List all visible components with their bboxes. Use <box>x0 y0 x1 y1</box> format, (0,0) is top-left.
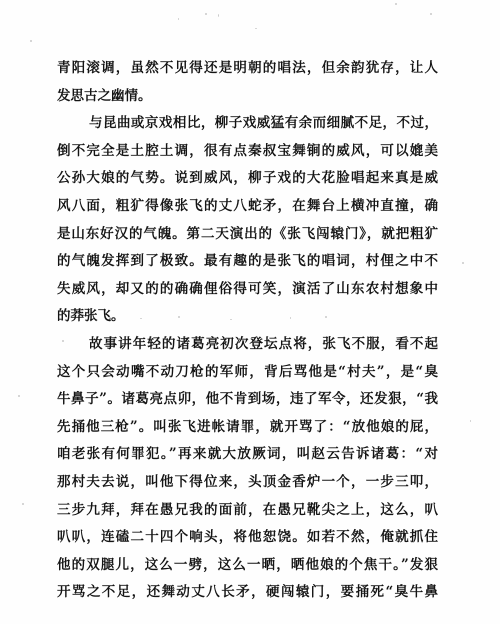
text-line: 与昆曲或京戏相比，柳子戏威猛有余而细腻不足，不过， <box>57 110 438 138</box>
scan-speck <box>178 18 179 20</box>
scan-speck <box>205 13 207 15</box>
scanned-page: 青阳滚调，虽然不见得还是明朝的唱法，但余韵犹存，让人 发思古之幽情。 与昆曲或京… <box>0 0 500 624</box>
scan-speck <box>18 395 20 397</box>
scan-speck <box>218 14 219 17</box>
body-text: 青阳滚调，虽然不见得还是明朝的唱法，但余韵犹存，让人 发思古之幽情。 与昆曲或京… <box>57 55 438 607</box>
text-line: 的气魄发挥到了极致。最有趣的是张飞的唱词，村俚之中不 <box>57 248 438 276</box>
text-line: 风八面，粗犷得像张飞的丈八蛇矛，在舞台上横冲直撞，确 <box>57 193 438 221</box>
paragraph: 青阳滚调，虽然不见得还是明朝的唱法，但余韵犹存，让人 发思古之幽情。 <box>57 55 438 110</box>
paragraph: 与昆曲或京戏相比，柳子戏威猛有余而细腻不足，不过， 倒不完全是土腔土调，很有点秦… <box>57 110 438 331</box>
text-line: 叭叭，连磕二十四个响头，将他恕饶。如若不然，俺就抓住 <box>57 524 438 552</box>
text-line: 这个只会动嘴不动刀枪的军师，背后骂他是“村夫”，是“臭 <box>57 359 438 387</box>
text-line: 是山东好汉的气魄。第二天演出的《张飞闯辕门》，就把粗犷 <box>57 221 438 249</box>
scan-speck <box>430 13 432 15</box>
scan-speck <box>22 503 24 505</box>
text-line: 三步九拜，拜在愚兄我的面前，在愚兄靴尖之上，这么，叭 <box>57 497 438 525</box>
text-line: 咱老张有何罪犯。”再来就大放厥词，叫赵云告诉诸葛：“对 <box>57 441 438 469</box>
scan-speck <box>255 28 257 29</box>
text-line: 先捅他三枪”。叫张飞进帐请罪，就开骂了：“放他娘的屁， <box>57 414 438 442</box>
text-line: 故事讲年轻的诸葛亮初次登坛点将，张飞不服，看不起 <box>57 331 438 359</box>
text-line: 失威风，却又的的确确俚俗得可笑，演活了山东农村想象中 <box>57 276 438 304</box>
text-line: 的莽张飞。 <box>57 303 438 331</box>
paragraph: 故事讲年轻的诸葛亮初次登坛点将，张飞不服，看不起 这个只会动嘴不动刀枪的军师，背… <box>57 331 438 607</box>
text-line: 倒不完全是土腔土调，很有点秦叔宝舞锏的威风，可以媲美 <box>57 138 438 166</box>
scan-speck <box>395 3 397 5</box>
text-line: 他的双腿儿，这么一劈，这么一晒，晒他娘的个焦干。”发狠 <box>57 552 438 580</box>
text-line: 青阳滚调，虽然不见得还是明朝的唱法，但余韵犹存，让人 <box>57 55 438 83</box>
scan-speck <box>470 420 471 422</box>
scan-speck <box>30 40 32 42</box>
scan-speck <box>462 262 464 264</box>
text-line: 开骂之不足，还舞动丈八长矛，硬闯辕门，要捅死“臭牛鼻 <box>57 579 438 607</box>
text-line: 那村夫去说，叫他下得位来，头顶金香炉一个，一步三叩， <box>57 469 438 497</box>
text-line: 牛鼻子”。诸葛亮点卯，他不肯到场，违了军令，还发狠，“我 <box>57 386 438 414</box>
text-line: 发思古之幽情。 <box>57 83 438 111</box>
text-line: 公孙大娘的气势。说到威风，柳子戏的大花脸唱起来真是威 <box>57 165 438 193</box>
